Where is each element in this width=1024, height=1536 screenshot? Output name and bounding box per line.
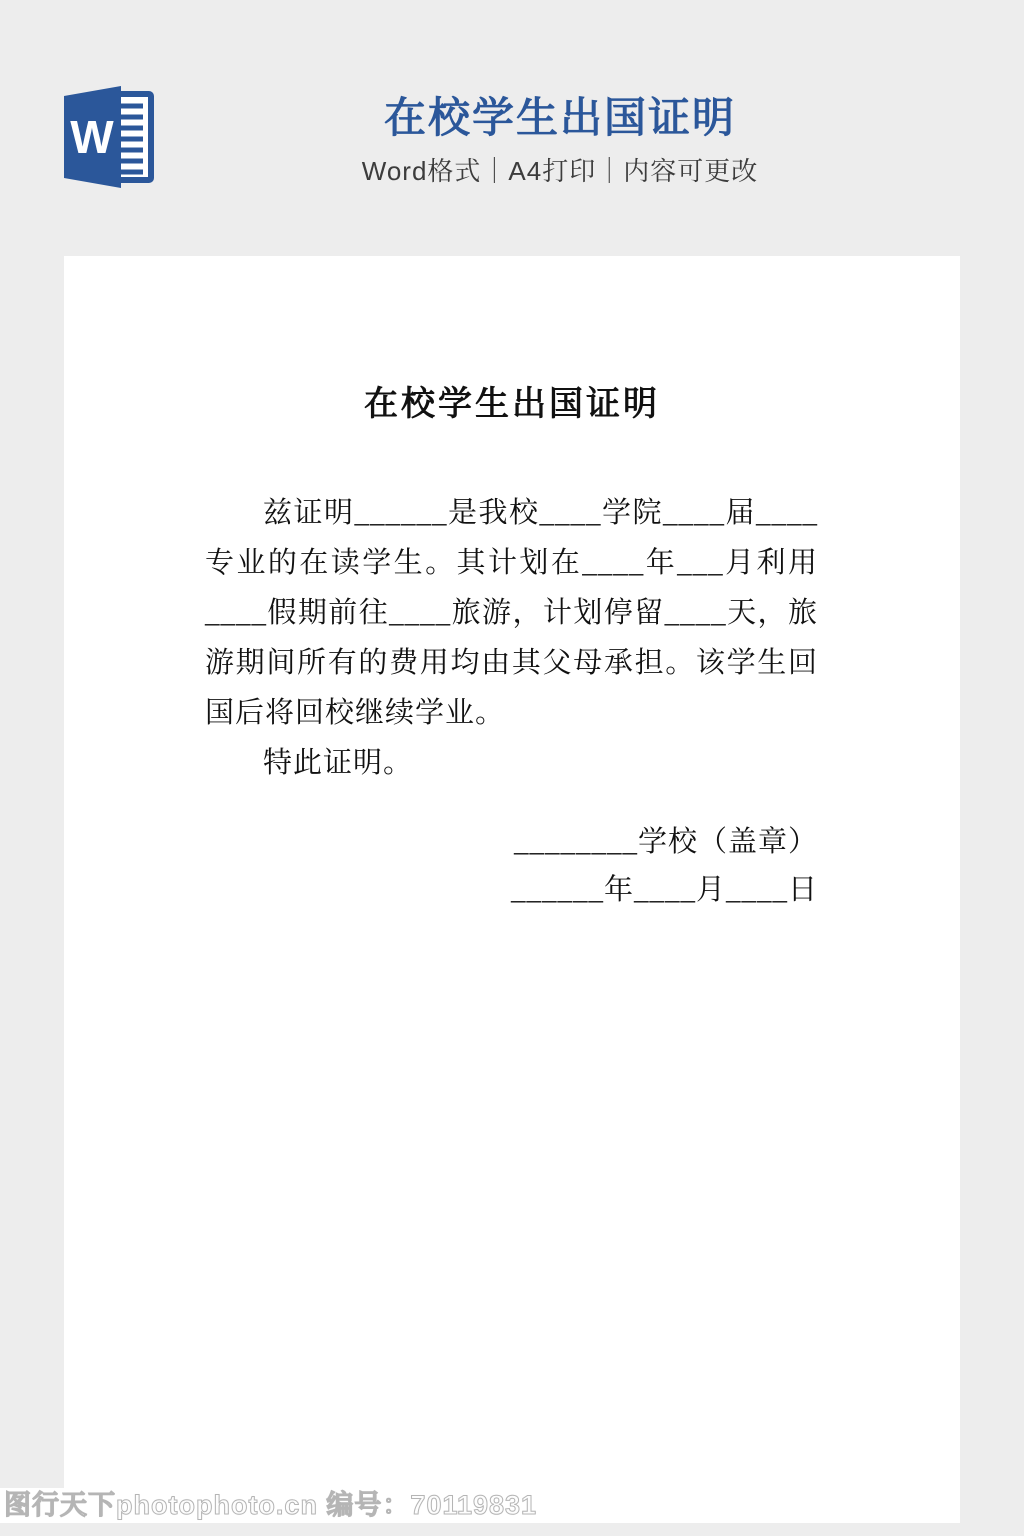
preview-canvas: W 在校学生出国证明 Word格式｜A4打印｜内容可更改 在校学生出国证明 兹证… [0,0,1024,1536]
watermark-text: 图行天下photophoto.cn 编号：70119831 [4,1488,537,1523]
header: W 在校学生出国证明 Word格式｜A4打印｜内容可更改 [0,0,1024,256]
document-page: 在校学生出国证明 兹证明______是我校____学院____届____专业的在… [64,256,960,1523]
signature-school-line: ________学校（盖章） [511,818,818,866]
document-title: 在校学生出国证明 [64,376,960,425]
signature-date-line: ______年____月____日 [511,866,818,914]
body-paragraph-main: 兹证明______是我校____学院____届____专业的在读学生。其计划在_… [205,488,818,738]
header-text: 在校学生出国证明 Word格式｜A4打印｜内容可更改 [320,90,800,188]
template-format-info: Word格式｜A4打印｜内容可更改 [320,154,800,188]
body-paragraph-closing: 特此证明。 [205,738,818,788]
template-title: 在校学生出国证明 [320,90,800,146]
word-icon-letter: W [70,111,114,163]
document-body: 兹证明______是我校____学院____届____专业的在读学生。其计划在_… [205,488,818,788]
signature-block: ________学校（盖章） ______年____月____日 [511,818,818,914]
word-icon: W [64,86,156,188]
watermark-bar: 图行天下photophoto.cn 编号：70119831 [0,1488,960,1523]
